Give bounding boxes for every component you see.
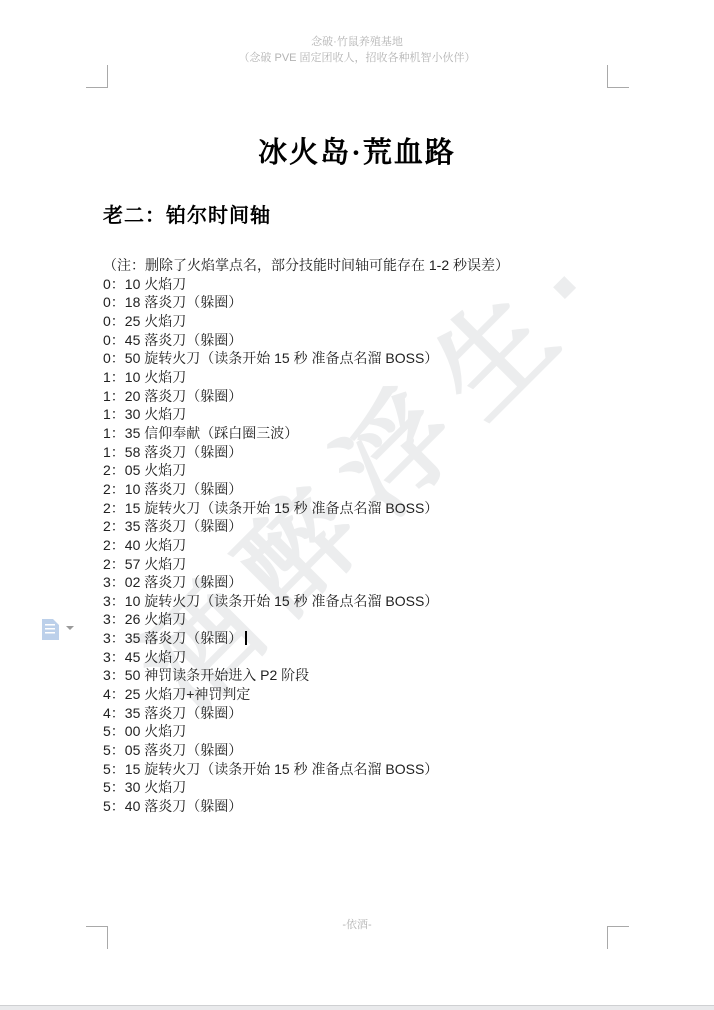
timeline-entry: 1：30 火焰刀: [103, 405, 623, 424]
page-footer: -依酒-: [0, 916, 714, 932]
page-header: 念破·竹鼠养殖基地 （念破 PVE 固定团收人，招收各种机智小伙伴）: [0, 34, 714, 66]
timeline-entry: 4：25 火焰刀+神罚判定: [103, 685, 623, 704]
timeline-entry: 5：40 落炎刀（躲圈）: [103, 797, 623, 816]
timeline-entry: 2：05 火焰刀: [103, 461, 623, 480]
document-page: 酒醉浮生· 念破·竹鼠养殖基地 （念破 PVE 固定团收人，招收各种机智小伙伴）…: [0, 0, 714, 1010]
timeline-entry: 2：40 火焰刀: [103, 536, 623, 555]
timeline-entry: 3：02 落炎刀（躲圈）: [103, 573, 623, 592]
page-header-line2: （念破 PVE 固定团收人，招收各种机智小伙伴）: [0, 50, 714, 66]
chevron-down-icon[interactable]: [66, 626, 74, 630]
timeline-entry: 2：35 落炎刀（躲圈）: [103, 517, 623, 536]
timeline-entry: 2：57 火焰刀: [103, 555, 623, 574]
timeline-entry: 5：05 落炎刀（躲圈）: [103, 741, 623, 760]
page-header-line1: 念破·竹鼠养殖基地: [0, 34, 714, 50]
timeline-entry: 5：15 旋转火刀（读条开始 15 秒 准备点名溜 BOSS）: [103, 760, 623, 779]
margin-widget[interactable]: [42, 619, 82, 645]
timeline-entry: 0：25 火焰刀: [103, 312, 623, 331]
timeline-note: （注：删除了火焰掌点名，部分技能时间轴可能存在 1-2 秒误差）: [103, 256, 623, 275]
timeline-entry: 0：10 火焰刀: [103, 275, 623, 294]
page-bottom-edge: [0, 1005, 714, 1010]
timeline-entry: 3：50 神罚读条开始进入 P2 阶段: [103, 666, 623, 685]
timeline-entry: 0：50 旋转火刀（读条开始 15 秒 准备点名溜 BOSS）: [103, 349, 623, 368]
margin-crop-mark-top-right: [607, 65, 629, 88]
timeline-entry: 2：10 落炎刀（躲圈）: [103, 480, 623, 499]
timeline-entry: 1：35 信仰奉献（踩白圈三波）: [103, 424, 623, 443]
timeline-entry: 3：10 旋转火刀（读条开始 15 秒 准备点名溜 BOSS）: [103, 592, 623, 611]
text-cursor: [245, 631, 247, 645]
timeline-entry: 3：26 火焰刀: [103, 610, 623, 629]
timeline-entry: 3：45 火焰刀: [103, 648, 623, 667]
timeline-entry: 5：30 火焰刀: [103, 778, 623, 797]
timeline-body: （注：删除了火焰掌点名，部分技能时间轴可能存在 1-2 秒误差） 0：10 火焰…: [103, 256, 623, 816]
timeline-entry: 0：18 落炎刀（躲圈）: [103, 293, 623, 312]
timeline-entry: 1：58 落炎刀（躲圈）: [103, 443, 623, 462]
timeline-entry: 2：15 旋转火刀（读条开始 15 秒 准备点名溜 BOSS）: [103, 499, 623, 518]
timeline-entry: 1：20 落炎刀（躲圈）: [103, 387, 623, 406]
timeline-entry: 4：35 落炎刀（躲圈）: [103, 704, 623, 723]
document-icon[interactable]: [42, 619, 59, 640]
timeline-list: 0：10 火焰刀 0：18 落炎刀（躲圈） 0：25 火焰刀 0：45 落炎刀（…: [103, 275, 623, 816]
timeline-entry: 0：45 落炎刀（躲圈）: [103, 331, 623, 350]
timeline-entry: 3：35 落炎刀（躲圈）: [103, 629, 623, 648]
timeline-entry: 1：10 火焰刀: [103, 368, 623, 387]
margin-crop-mark-top-left: [86, 65, 108, 88]
section-heading: 老二：铂尔时间轴: [103, 199, 271, 228]
timeline-entry: 5：00 火焰刀: [103, 722, 623, 741]
document-title: 冰火岛·荒血路: [0, 130, 714, 171]
